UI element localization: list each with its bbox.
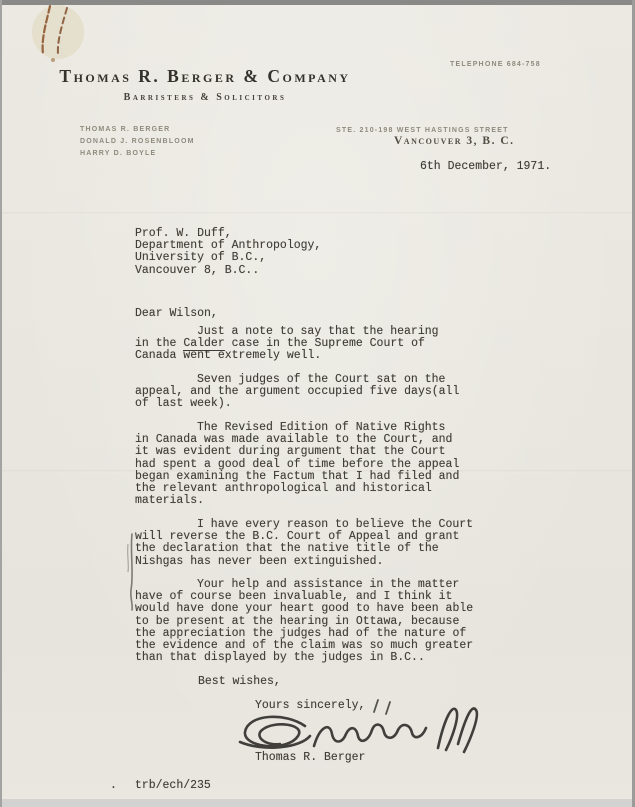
body-line: would have done your heart good to have … [135, 603, 473, 615]
body-text: case in the Supreme Court of [225, 337, 425, 350]
scanned-letter-page: Thomas R. Berger & Company Barristers & … [0, 0, 635, 807]
paragraph-3: The Revised Edition of Native Rights in … [135, 422, 459, 507]
body-text: in the [135, 337, 183, 350]
city-line: Vancouver 3, B. C. [394, 135, 515, 147]
paper-crease [0, 212, 635, 215]
body-line: it was evident during argument that the … [135, 446, 459, 458]
body-line: to be present at the hearing in Ottawa, … [135, 616, 473, 628]
reference-bullet: . [110, 779, 117, 792]
scan-edge-top [0, 0, 635, 5]
letter-date: 6th December, 1971. [420, 161, 551, 173]
paragraph-1: Just a note to say that the hearing in t… [135, 326, 439, 363]
scan-edge-bottom [0, 799, 635, 807]
body-line: of last week). [135, 398, 459, 410]
body-line: Canada went extremely well. [135, 350, 439, 362]
paperclip-rust-mark [25, 2, 95, 72]
partner-name: THOMAS R. BERGER [80, 126, 170, 133]
recipient-address: Prof. W. Duff, Department of Anthropolog… [135, 228, 321, 277]
best-wishes: Best wishes, [198, 676, 281, 688]
body-line: the declaration that the native title of… [135, 543, 473, 555]
partner-name: DONALD J. ROSENBLOOM [80, 138, 195, 145]
partner-name: HARRY D. BOYLE [80, 150, 156, 157]
body-line: materials. [135, 495, 459, 507]
scan-edge-left [0, 0, 2, 807]
body-line: had spent a good deal of time before the… [135, 459, 459, 471]
paragraph-4: I have every reason to believe the Court… [135, 519, 473, 568]
salutation: Dear Wilson, [135, 308, 218, 320]
letter-paper: Thomas R. Berger & Company Barristers & … [0, 0, 635, 807]
recipient-line: University of B.C., [135, 252, 321, 264]
street-address: STE. 210-198 WEST HASTINGS STREET [336, 127, 509, 134]
telephone-number: TELEPHONE 684-758 [450, 61, 541, 68]
body-line: than that displayed by the judges in B.C… [135, 652, 473, 664]
firm-subtitle: Barristers & Solicitors [55, 92, 355, 103]
signed-name: Thomas R. Berger [255, 752, 365, 764]
paragraph-2: Seven judges of the Court sat on the app… [135, 374, 459, 411]
firm-name: Thomas R. Berger & Company [55, 66, 355, 87]
body-line: Nishgas has never been extinguished. [135, 556, 473, 568]
reference-number: trb/ech/235 [117, 779, 211, 792]
reference-line: .trb/ech/235 [110, 775, 211, 793]
paragraph-5: Your help and assistance in the matter h… [135, 579, 473, 664]
recipient-line: Vancouver 8, B.C.. [135, 265, 321, 277]
